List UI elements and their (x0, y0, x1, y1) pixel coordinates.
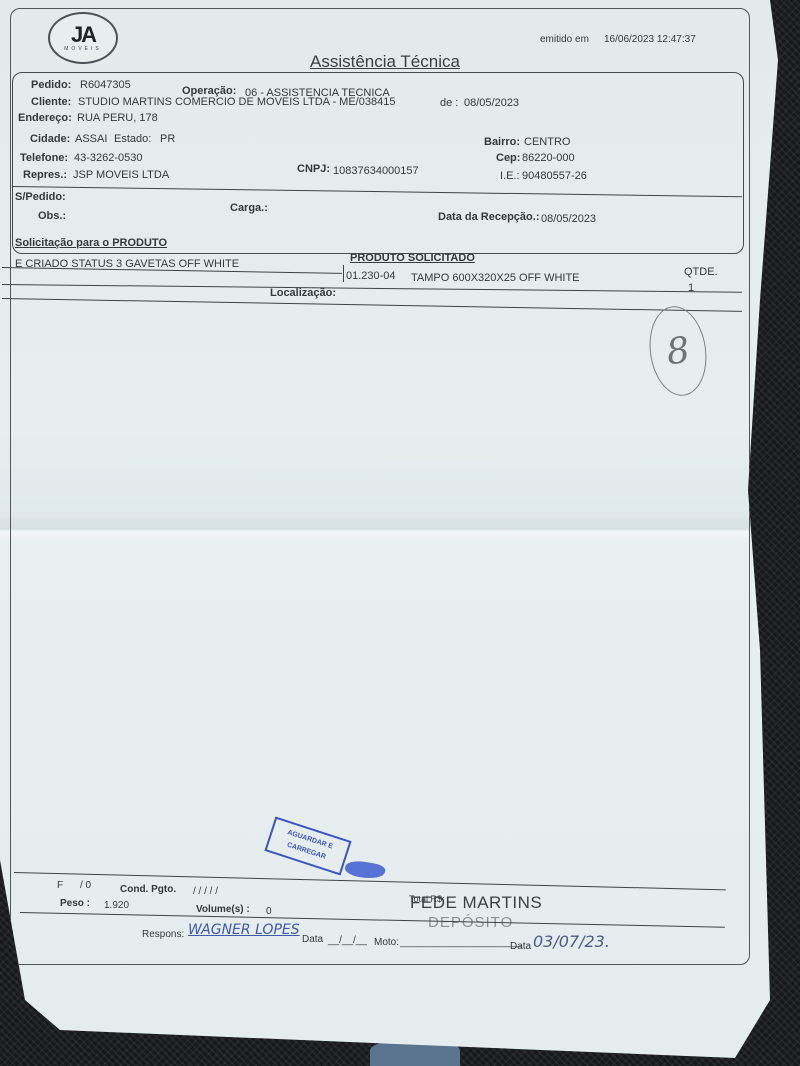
cnpj-value: 10837634000157 (333, 165, 419, 177)
f-value: / 0 (80, 880, 91, 891)
data2-handwritten: 03/07/23. (533, 932, 610, 951)
peso-label: Peso : (60, 898, 90, 909)
f-label: F (57, 880, 63, 891)
cidade-label: Cidade: (30, 133, 70, 145)
spedido-label: S/Pedido: (15, 191, 66, 203)
moto-blank: ______________________ (400, 937, 522, 948)
bairro-value: CENTRO (524, 136, 570, 148)
request-heading: Solicitação para o PRODUTO (15, 237, 167, 249)
ie-label: I.E.: (500, 170, 520, 182)
endereco-label: Endereço: (18, 112, 72, 124)
depot-stamp-main: FEDE MARTINS (410, 893, 542, 913)
endereco-value: RUA PERU, 178 (77, 112, 158, 124)
moto-label: Moto: (374, 937, 399, 948)
data-blank: __/__/__ (328, 935, 367, 946)
cliente-label: Cliente: (31, 96, 71, 108)
cond-pgto-value: / / / / / (193, 886, 218, 897)
data-label: Data (302, 934, 323, 945)
logo-subtitle: MOVEIS (64, 46, 101, 52)
page-title: Assistência Técnica (310, 52, 460, 72)
repres-value: JSP MOVEIS LTDA (73, 169, 169, 181)
localizacao-label: Localização: (270, 287, 336, 299)
data2-label: Data (510, 941, 531, 952)
de-value: 08/05/2023 (464, 97, 519, 109)
obs-label: Obs.: (38, 210, 66, 222)
pedido-label: Pedido: (31, 79, 71, 91)
cep-label: Cep: (496, 152, 520, 164)
ja-moveis-logo-icon: JA MOVEIS (48, 12, 118, 64)
telefone-value: 43-3262-0530 (74, 152, 143, 164)
cond-pgto-label: Cond. Pgto. (120, 884, 176, 895)
cep-value: 86220-000 (522, 152, 575, 164)
column-divider (343, 265, 344, 282)
bairro-label: Bairro: (484, 136, 520, 148)
cnpj-label: CNPJ: (297, 163, 330, 175)
cliente-value: STUDIO MARTINS COMERCIO DE MOVEIS LTDA -… (78, 96, 395, 108)
de-label: de : (440, 97, 458, 109)
recepcao-value: 08/05/2023 (541, 213, 596, 225)
recepcao-label: Data da Recepção.: (438, 211, 539, 223)
estado-label: Estado: (114, 133, 151, 145)
telefone-label: Telefone: (20, 152, 68, 164)
respons-label: Respons: (142, 929, 184, 940)
product-description: TAMPO 600X320X25 OFF WHITE (411, 272, 580, 284)
qty-heading: QTDE. (684, 266, 718, 278)
volumes-value: 0 (266, 906, 272, 917)
cidade-value: ASSAI (75, 133, 107, 145)
product-code: 01.230-04 (346, 270, 396, 282)
estado-value: PR (160, 133, 175, 145)
logo-mark: JA (71, 24, 95, 46)
issued-value: 16/06/2023 12:47:37 (604, 34, 696, 45)
pedido-value: R6047305 (80, 79, 131, 91)
respons-signature: WAGNER LOPES (188, 922, 300, 938)
carga-label: Carga.: (230, 202, 268, 214)
service-order-sheet: JA MOVEIS emitido em 16/06/2023 12:47:37… (0, 0, 800, 1066)
ie-value: 90480557-26 (522, 170, 587, 182)
requested-product-heading: PRODUTO SOLICITADO (350, 252, 475, 264)
volumes-label: Volume(s) : (196, 904, 250, 915)
circled-number: 8 (664, 329, 692, 373)
issued-label: emitido em (540, 34, 589, 45)
repres-label: Repres.: (23, 169, 67, 181)
peso-value: 1.920 (104, 900, 129, 911)
